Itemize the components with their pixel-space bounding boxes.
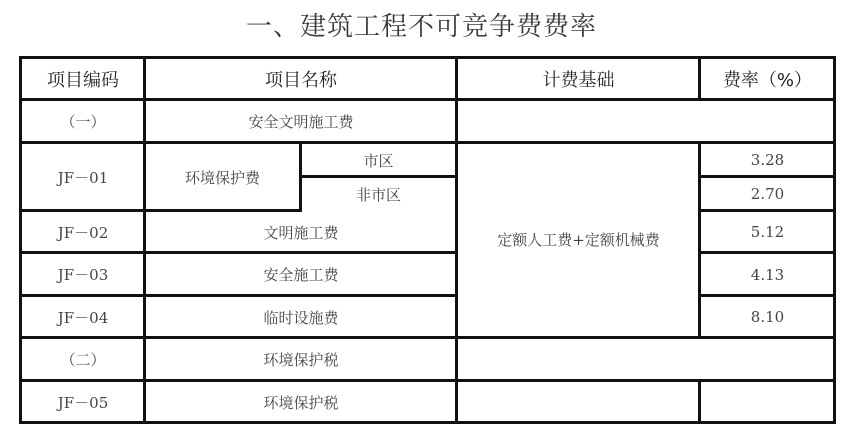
row-rate: 3.28 bbox=[700, 143, 835, 177]
row-code: （一） bbox=[21, 100, 145, 143]
row-rate: 8.10 bbox=[700, 296, 835, 338]
table-border bbox=[833, 56, 836, 424]
table-border bbox=[699, 251, 836, 254]
table-border bbox=[299, 141, 302, 212]
table-border bbox=[699, 294, 836, 297]
merged-basis: 定额人工费+定额机械费 bbox=[457, 143, 700, 338]
table-border bbox=[698, 379, 701, 424]
row-name: 临时设施费 bbox=[145, 296, 457, 338]
row-code: JF－02 bbox=[21, 211, 145, 253]
row-name: 环境保护费 bbox=[145, 143, 300, 211]
row-rate: 5.12 bbox=[700, 211, 835, 253]
table-border bbox=[20, 251, 458, 254]
row-sub-urban: 市区 bbox=[300, 143, 457, 177]
page-title: 一、建筑工程不可竞争费费率 bbox=[0, 6, 843, 43]
header-rate: 费率（%） bbox=[700, 58, 835, 100]
row-name: 安全文明施工费 bbox=[145, 100, 457, 143]
row-rate: 2.70 bbox=[700, 177, 835, 211]
table-border bbox=[20, 294, 458, 297]
table-border bbox=[143, 56, 146, 424]
table-border bbox=[455, 56, 458, 424]
row-code: JF－01 bbox=[21, 143, 145, 211]
table-border bbox=[698, 141, 701, 339]
table-border bbox=[698, 56, 701, 101]
table-border bbox=[299, 175, 458, 178]
table-border bbox=[20, 209, 302, 212]
header-basis: 计费基础 bbox=[457, 58, 700, 100]
row-code: JF－03 bbox=[21, 253, 145, 296]
row-code: JF－04 bbox=[21, 296, 145, 338]
table-border bbox=[699, 175, 836, 178]
header-name: 项目名称 bbox=[145, 58, 457, 100]
table-border bbox=[19, 56, 22, 424]
row-name: 环境保护税 bbox=[145, 338, 457, 381]
row-code: JF－05 bbox=[21, 381, 145, 423]
row-code: （二） bbox=[21, 338, 145, 381]
row-name: 文明施工费 bbox=[145, 211, 457, 253]
row-rate: 4.13 bbox=[700, 253, 835, 296]
row-name: 安全施工费 bbox=[145, 253, 457, 296]
table-border bbox=[699, 209, 836, 212]
header-code: 项目编码 bbox=[21, 58, 145, 100]
row-name: 环境保护税 bbox=[145, 381, 457, 423]
row-sub-nonurban: 非市区 bbox=[300, 177, 457, 211]
